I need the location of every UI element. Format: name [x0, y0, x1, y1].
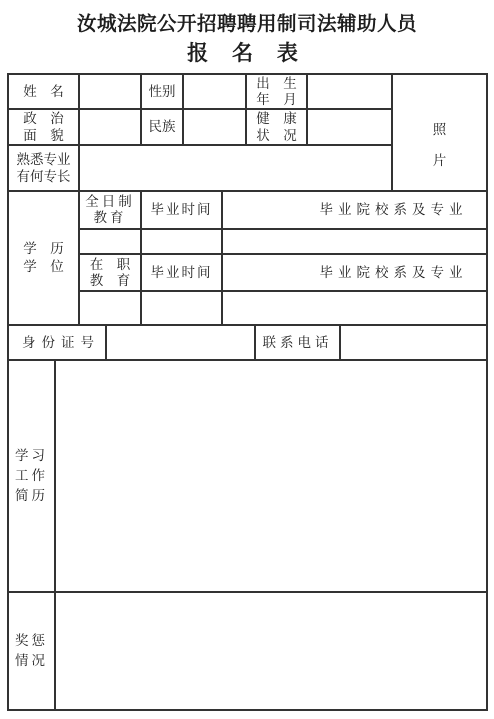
- inservice-grad-time-value: [141, 291, 222, 325]
- name-value: [79, 74, 141, 109]
- fulltime-education-value: [79, 229, 141, 254]
- id-number-label: 身份证号: [8, 325, 106, 360]
- inservice-school-value: [222, 291, 487, 325]
- gender-value: [183, 74, 246, 109]
- id-number-value: [106, 325, 255, 360]
- phone-label: 联系电话: [255, 325, 340, 360]
- resume-value: [55, 360, 487, 592]
- form-title: 汝城法院公开招聘聘用制司法辅助人员: [0, 8, 494, 36]
- gender-label: 性别: [141, 74, 183, 109]
- phone-value: [340, 325, 487, 360]
- ethnicity-label: 民族: [141, 109, 183, 145]
- fulltime-school-value: [222, 229, 487, 254]
- form-subtitle: 报 名 表: [0, 37, 494, 67]
- ethnicity-value: [183, 109, 246, 145]
- health-status-value: [307, 109, 392, 145]
- birth-date-value: [307, 74, 392, 109]
- name-label: 姓 名: [8, 74, 79, 109]
- political-status-label: 政 治 面 貌: [8, 109, 79, 145]
- specialty-value: [79, 145, 392, 191]
- inservice-school-label: 毕业院校系及专业: [222, 254, 487, 291]
- specialty-label: 熟悉专业 有何专长: [8, 145, 79, 191]
- photo-cell: 照 片: [392, 74, 487, 191]
- political-status-value: [79, 109, 141, 145]
- fulltime-grad-time-label: 毕业时间: [141, 191, 222, 229]
- birth-date-label: 出 生 年 月: [246, 74, 307, 109]
- fulltime-education-label: 全日制 教育: [79, 191, 141, 229]
- form-table: 姓 名 性别 出 生 年 月 照 片 政 治 面 貌 民族 健 康 状 况 熟悉…: [8, 74, 487, 710]
- fulltime-school-label: 毕业院校系及专业: [222, 191, 487, 229]
- education-section-label: 学 历 学 位: [8, 191, 79, 325]
- inservice-education-value: [79, 291, 141, 325]
- rewards-label: 奖惩 情况: [8, 592, 55, 710]
- inservice-grad-time-label: 毕业时间: [141, 254, 222, 291]
- resume-label: 学习 工作 简历: [8, 360, 55, 592]
- fulltime-grad-time-value: [141, 229, 222, 254]
- inservice-education-label: 在 职 教 育: [79, 254, 141, 291]
- application-form-page: 汝城法院公开招聘聘用制司法辅助人员 报 名 表 姓 名 性别 出 生 年 月 照…: [0, 0, 494, 719]
- health-status-label: 健 康 状 况: [246, 109, 307, 145]
- rewards-value: [55, 592, 487, 710]
